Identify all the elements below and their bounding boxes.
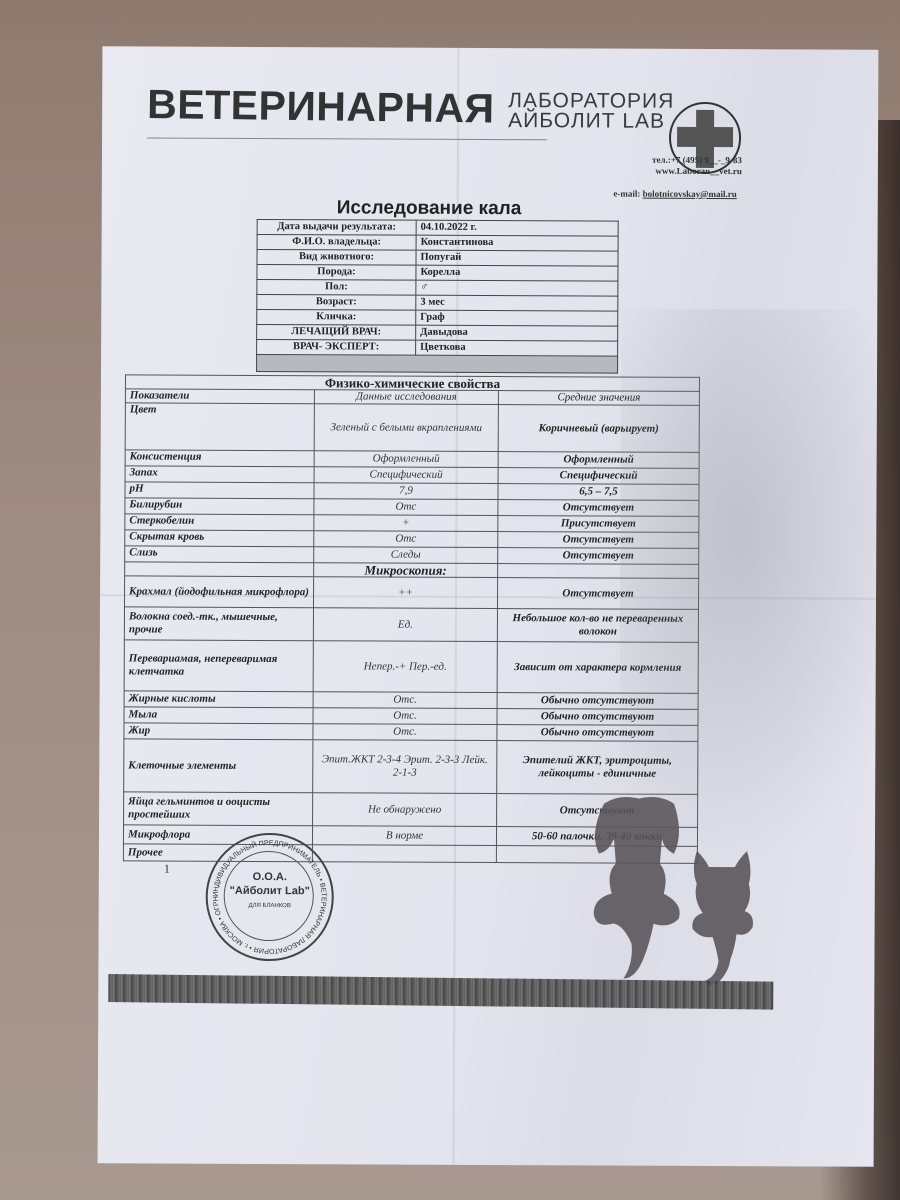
param-name: Жирные кислоты	[124, 691, 313, 708]
info-label: Дата выдачи результата:	[257, 219, 416, 235]
stamp-line-2: "Айболит Lab"	[208, 885, 332, 898]
param-norm: Оформленный	[498, 452, 699, 469]
info-value: Цветкова	[416, 340, 618, 356]
param-name: Волокна соед.-тк., мышечные, прочие	[124, 607, 313, 641]
param-value: В норме	[312, 826, 496, 846]
results-table: Физико-химические свойстваПоказатели Дан…	[123, 374, 700, 864]
param-value: Отс.	[313, 692, 497, 709]
info-value: 04.10.2022 г.	[416, 220, 618, 236]
param-value: Следы	[314, 547, 498, 564]
param-value: Специфический	[314, 467, 498, 484]
param-norm: Зависит от характера кормления	[497, 642, 698, 694]
param-name: Цвет	[125, 403, 314, 451]
patient-info-table: Дата выдачи результата: 04.10.2022 г.Ф.И…	[256, 219, 619, 374]
col-header: Показатели	[125, 389, 314, 404]
param-name: Скрытая кровь	[125, 530, 314, 547]
param-norm: Специфический	[498, 468, 699, 485]
param-name: pH	[125, 482, 314, 499]
info-row: Вид животного: Попугай	[257, 249, 618, 266]
info-value: Давыдова	[416, 325, 618, 341]
brand-subtitle: ЛАБОРАТОРИЯ АЙБОЛИТ LAB	[508, 91, 674, 132]
phone: тел.:+7 (495) 9__-_9-83	[602, 154, 742, 166]
email-address: bolotnicovskay@mail.ru	[643, 189, 737, 199]
param-name: Крахмал (йодофильная микрофлора)	[124, 576, 313, 608]
info-label: Ф.И.О. владельца:	[257, 234, 416, 250]
param-norm: Небольшое кол-во не переваренных волокон	[497, 609, 698, 643]
param-name: Мыла	[124, 707, 313, 724]
param-value: Отс.	[313, 708, 497, 725]
info-value: ♂	[416, 280, 618, 296]
page-number: 1	[164, 862, 170, 877]
website: www.Laboran__vet.ru	[602, 165, 742, 177]
param-name: Билирубин	[125, 498, 314, 515]
stamp-line-3: ДЛЯ БЛАНКОВ	[208, 903, 332, 911]
info-label: Возраст:	[257, 294, 416, 310]
info-row: Кличка: Граф	[257, 309, 618, 326]
param-value: Отс	[314, 499, 498, 516]
info-label: ЛЕЧАЩИЙ ВРАЧ:	[257, 324, 416, 340]
param-norm: Отсутствует	[498, 500, 699, 517]
param-value: 7,9	[314, 483, 498, 500]
result-row: Клеточные элементы Эпит.ЖКТ 2-3-4 Эрит. …	[124, 739, 698, 795]
result-row: Перевариамая, непереваримая клетчатка Не…	[124, 640, 698, 694]
header-rule	[147, 138, 547, 141]
param-name: Запах	[125, 466, 314, 483]
param-value: Оформленный	[314, 451, 498, 468]
param-value: Не обнаружено	[313, 793, 497, 827]
param-name: Жир	[124, 723, 313, 740]
param-norm: Отсутствует	[498, 548, 699, 565]
param-value: Зеленый с белыми вкраплениями	[314, 404, 498, 452]
info-row: ЛЕЧАЩИЙ ВРАЧ: Давыдова	[257, 324, 618, 341]
param-value: Отс	[314, 531, 498, 548]
param-norm: Обычно отсутствуют	[497, 693, 698, 710]
param-name: Клеточные элементы	[124, 739, 313, 793]
info-value: Попугай	[416, 250, 618, 266]
param-value: Непер.-+ Пер.-ед.	[313, 641, 497, 693]
param-norm: Эпителий ЖКТ, эритроциты, лейкоциты - ед…	[497, 741, 698, 795]
info-label: ВРАЧ- ЭКСПЕРТ:	[257, 339, 416, 355]
param-name: Перевариамая, непереваримая клетчатка	[124, 640, 313, 692]
info-label: Пол:	[257, 279, 416, 295]
info-row: Ф.И.О. владельца: Константинова	[257, 234, 618, 251]
info-value: Граф	[416, 310, 618, 326]
param-value: Эпит.ЖКТ 2-3-4 Эрит. 2-3-3 Лейк. 2-1-3	[313, 740, 497, 794]
param-norm: Обычно отсутствуют	[497, 709, 698, 726]
info-row: Возраст: 3 мес	[257, 294, 618, 311]
param-value: Ед.	[313, 608, 497, 642]
param-value: ++	[313, 577, 497, 609]
col-header: Данные исследования	[314, 390, 498, 405]
lab-stamp: ИНДИВИДУАЛЬНЫЙ ПРЕДПРИНИМАТЕЛЬ • ВЕТЕРИН…	[205, 833, 334, 962]
cat-silhouette-icon	[686, 849, 757, 989]
param-name: Яйца гельминтов и ооцисты простейших	[124, 792, 313, 826]
result-row: Крахмал (йодофильная микрофлора) ++ Отсу…	[124, 576, 698, 610]
brand-name: ВЕТЕРИНАРНАЯ	[147, 81, 495, 133]
param-norm: Отсутствует	[497, 578, 698, 610]
info-value: 3 мес	[416, 295, 618, 311]
info-value: Корелла	[416, 265, 618, 281]
param-norm: Обычно отсутствуют	[497, 725, 698, 742]
result-row: Цвет Зеленый с белыми вкраплениями Корич…	[125, 403, 699, 453]
info-row: Дата выдачи результата: 04.10.2022 г.	[257, 219, 618, 236]
param-norm: Отсутствует	[498, 532, 699, 549]
param-value	[312, 845, 496, 863]
param-name: Стеркобелин	[125, 514, 314, 531]
info-row: Порода: Корелла	[257, 264, 618, 281]
col-header: Средние значения	[498, 391, 699, 406]
param-norm: 6,5 – 7,5	[498, 484, 699, 501]
lab-report-sheet: ВЕТЕРИНАРНАЯ ЛАБОРАТОРИЯ АЙБОЛИТ LAB тел…	[98, 46, 879, 1166]
info-label: Кличка:	[257, 309, 416, 325]
param-value: +	[314, 515, 498, 532]
info-footer-band	[257, 354, 618, 373]
param-name: Консистенция	[125, 450, 314, 467]
stamp-line-1: О.О.А.	[208, 871, 332, 884]
param-norm: Присутствует	[498, 516, 699, 533]
param-name: Слизь	[125, 546, 314, 563]
result-row: Волокна соед.-тк., мышечные, прочие Ед. …	[124, 607, 698, 643]
email-line: e-mail: bolotnicovskay@mail.ru	[582, 188, 737, 199]
section-micro: Микроскопия:	[314, 563, 498, 578]
info-value: Константинова	[416, 235, 618, 251]
info-row: ВРАЧ- ЭКСПЕРТ: Цветкова	[257, 339, 618, 356]
param-norm: Коричневый (варьирует)	[498, 405, 699, 453]
info-label: Вид животного:	[257, 249, 416, 265]
param-value: Отс.	[313, 724, 497, 741]
dog-silhouette-icon	[583, 793, 694, 983]
contacts: тел.:+7 (495) 9__-_9-83 www.Laboran__vet…	[602, 154, 742, 177]
brand-line-2: АЙБОЛИТ LAB	[508, 111, 674, 132]
email-label: e-mail:	[613, 189, 640, 199]
info-label: Порода:	[257, 264, 416, 280]
info-row: Пол: ♂	[257, 279, 618, 296]
report-title: Исследование кала	[337, 197, 522, 220]
